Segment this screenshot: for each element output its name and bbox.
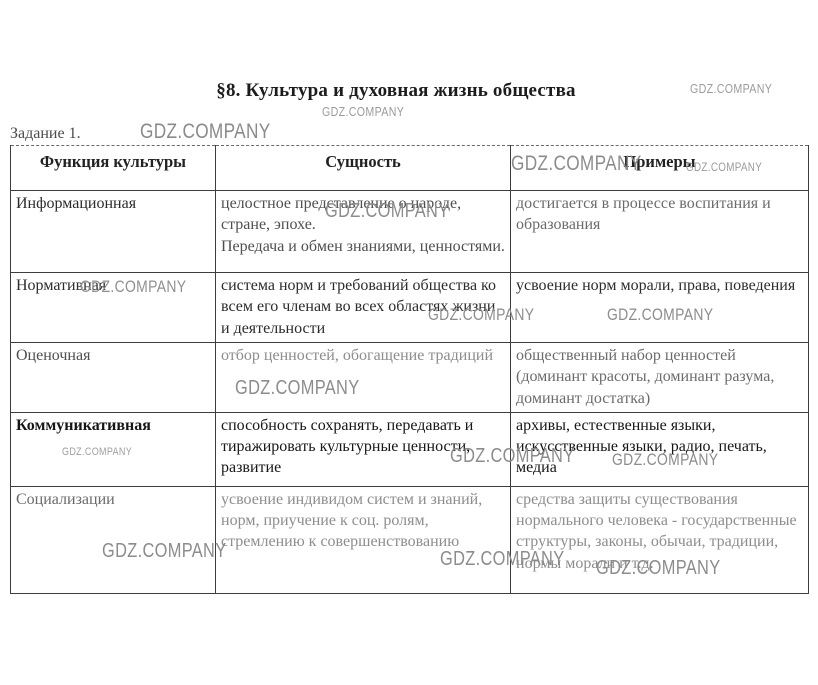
watermark: GDZ.COMPANY: [322, 104, 404, 119]
essence-cell: система норм и требований общества ко вс…: [216, 273, 511, 343]
function-cell: Нормативная: [11, 273, 216, 343]
table-row: Оценочная отбор ценностей, обогащение тр…: [11, 343, 809, 413]
table-row: Социализации усвоение индивидом систем и…: [11, 486, 809, 593]
table-row: Нормативная система норм и требований об…: [11, 273, 809, 343]
essence-cell: способность сохранять, передавать и тира…: [216, 412, 511, 486]
table-row: Информационная целостное представление о…: [11, 191, 809, 273]
function-cell: Социализации: [11, 486, 216, 593]
examples-cell: средства защиты существования нормальног…: [511, 486, 809, 593]
page-title: §8. Культура и духовная жизнь общества: [0, 80, 792, 102]
watermark: GDZ.COMPANY: [140, 120, 271, 144]
header-function: Функция культуры: [11, 146, 216, 191]
function-cell: Информационная: [11, 191, 216, 273]
essence-cell: усвоение индивидом систем и знаний, норм…: [216, 486, 511, 593]
examples-cell: усвоение норм морали, права, поведения: [511, 273, 809, 343]
examples-cell: общественный набор ценностей (доминант к…: [511, 343, 809, 413]
essence-cell: отбор ценностей, обогащение традиций: [216, 343, 511, 413]
scanned-document-page: §8. Культура и духовная жизнь общества З…: [0, 0, 818, 685]
examples-cell: достигается в процессе воспитания и обра…: [511, 191, 809, 273]
culture-functions-table: Функция культуры Сущность Примеры Информ…: [10, 145, 809, 594]
function-cell: Коммуникативная: [11, 412, 216, 486]
table-row: Коммуникативная способность сохранять, п…: [11, 412, 809, 486]
function-cell: Оценочная: [11, 343, 216, 413]
header-examples: Примеры: [511, 146, 809, 191]
essence-cell: целостное представление о народе, стране…: [216, 191, 511, 273]
task-label: Задание 1.: [10, 125, 81, 143]
header-essence: Сущность: [216, 146, 511, 191]
table-header-row: Функция культуры Сущность Примеры: [11, 146, 809, 191]
examples-cell: архивы, естественные языки, искусственны…: [511, 412, 809, 486]
